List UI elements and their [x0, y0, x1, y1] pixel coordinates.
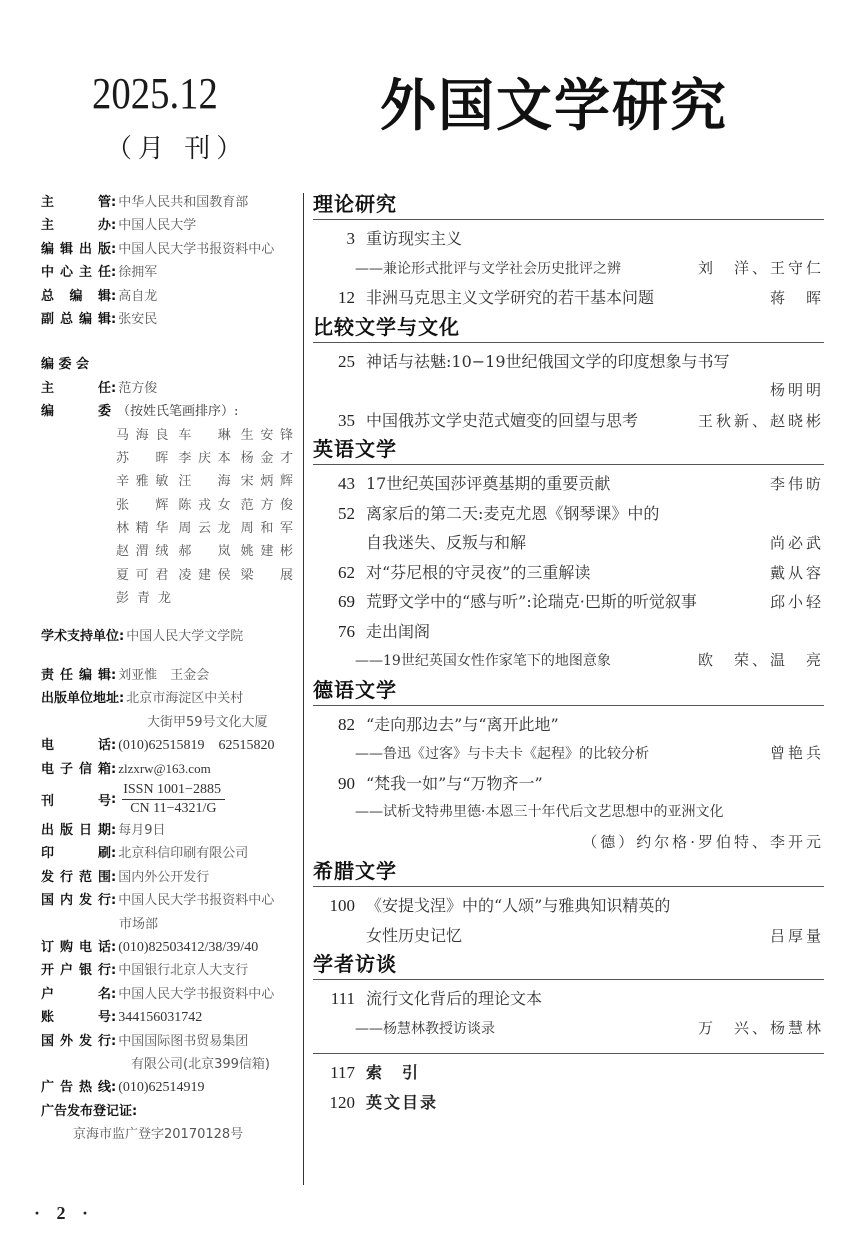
toc-entry[interactable]: 69荒野文学中的“感与听”:论瑞克·巴斯的听觉叙事邱小轻: [313, 587, 824, 617]
board-member-row: 林精华周云龙周和军: [116, 517, 303, 540]
board-member-row: 赵渭绒郝 岚姚建彬: [116, 540, 303, 563]
publisher-address-line2: 大街甲59号文化大厦: [41, 711, 303, 734]
responsible-editors: 责任编辑:刘亚惟 王金会: [41, 664, 303, 687]
section-header-interview: 学者访谈: [313, 950, 824, 980]
toc-entry-subtitle: ——试析戈特弗里德·本恩三十年代后文艺思想中的亚洲文化: [313, 798, 824, 828]
account-number: 账 号:344156031742: [41, 1006, 303, 1029]
issue-date: 2025.12: [92, 68, 218, 119]
academic-support: 学术支持单位:中国人民大学文学院: [41, 625, 303, 648]
issn-cn-fraction: ISSN 1001−2885CN 11−4321/G: [122, 782, 224, 817]
toc-entry-subtitle: ——兼论形式批评与文学社会历史批评之辨刘 洋、王守仁: [313, 254, 824, 284]
order-phone: 订购电话:(010)82503412/38/39/40: [41, 936, 303, 959]
board-members-label: 编 委（按姓氏笔画排序）:: [41, 400, 303, 423]
board-member-row: 苏 晖李庆本杨金才: [116, 447, 303, 470]
toc-entry[interactable]: 62对“芬尼根的守灵夜”的三重解读戴从容: [313, 558, 824, 588]
pub-date: 出版日期:每月9日: [41, 819, 303, 842]
toc-entry[interactable]: 3重访现实主义: [313, 224, 824, 254]
toc-entry-subtitle: ——鲁迅《过客》与卡夫卡《起程》的比较分析曾艳兵: [313, 739, 824, 769]
ad-hotline: 广告热线:(010)62514919: [41, 1076, 303, 1099]
toc-entry-index[interactable]: 117索 引: [313, 1058, 824, 1088]
toc-entry[interactable]: 111流行文化背后的理论文本: [313, 984, 824, 1014]
toc-entry-author: 杨明明: [313, 376, 824, 406]
toc-entry-continuation: 女性历史记忆吕厚量: [313, 921, 824, 951]
account-name: 户 名:中国人民大学书报资料中心: [41, 983, 303, 1006]
domestic-distribution: 国内发行:中国人民大学书报资料中心: [41, 889, 303, 912]
section-header-english: 英语文学: [313, 435, 824, 465]
section-header-german: 德语文学: [313, 676, 824, 706]
publication-frequency: （月 刊）: [106, 128, 248, 165]
colophon-row-deputy-editor: 副总编辑:张安民: [41, 308, 303, 331]
toc-entry[interactable]: 25神话与祛魅:10−19世纪俄国文学的印度想象与书写: [313, 347, 824, 377]
colophon: 主 管:中华人民共和国教育部 主 办:中国人民大学 编辑出版:中国人民大学书报资…: [41, 191, 303, 1146]
board-member-row: 马海良车 琳生安锋: [116, 424, 303, 447]
board-member-row: 张 辉陈戎女范方俊: [116, 494, 303, 517]
overseas-distribution-line2: 有限公司(北京399信箱): [41, 1053, 303, 1076]
end-items: 117索 引 120英文目录: [313, 1053, 824, 1117]
toc-entry[interactable]: 100《安提戈涅》中的“人颂”与雅典知识精英的: [313, 891, 824, 921]
overseas-distribution: 国外发行:中国国际图书贸易集团: [41, 1030, 303, 1053]
journal-title: 外国文学研究: [380, 62, 728, 142]
email: 电子信箱:zlzxrw@163.com: [41, 758, 303, 781]
domestic-distribution-line2: 市场部: [41, 913, 303, 936]
bank: 开户银行:中国银行北京人大支行: [41, 959, 303, 982]
toc-entry[interactable]: 76走出闺阁: [313, 617, 824, 647]
printer: 印 刷:北京科信印刷有限公司: [41, 842, 303, 865]
publisher-address: 出版单位地址:北京市海淀区中关村: [41, 687, 303, 710]
toc-entry[interactable]: 90“梵我一如”与“万物齐一”: [313, 769, 824, 799]
board-member-row: 夏可君凌建侯梁 展: [116, 564, 303, 587]
serial-number: 刊 号:ISSN 1001−2885CN 11−4321/G: [41, 781, 303, 819]
toc-entry[interactable]: 12非洲马克思主义文学研究的若干基本问题蒋 晖: [313, 283, 824, 313]
toc-entry-continuation: 自我迷失、反叛与和解尚必武: [313, 528, 824, 558]
toc-entry-subtitle: ——杨慧林教授访谈录万 兴、杨慧林: [313, 1014, 824, 1044]
section-header-greek: 希腊文学: [313, 857, 824, 887]
colophon-row-director: 中心主任:徐拥军: [41, 261, 303, 284]
ad-license-value: 京海市监广登字20170128号: [41, 1123, 303, 1146]
ad-license-label: 广告发布登记证:: [41, 1100, 303, 1123]
page-number: · 2 ·: [34, 1203, 94, 1224]
table-of-contents: 理论研究 3重访现实主义 ——兼论形式批评与文学社会历史批评之辨刘 洋、王守仁 …: [313, 190, 824, 1117]
toc-entry[interactable]: 35中国俄苏文学史范式嬗变的回望与思考王秋新、赵晓彬: [313, 406, 824, 436]
toc-entry[interactable]: 82“走向那边去”与“离开此地”: [313, 710, 824, 740]
colophon-row-publisher: 编辑出版:中国人民大学书报资料中心: [41, 238, 303, 261]
toc-entry[interactable]: 4317世纪英国莎评奠基期的重要贡献李伟昉: [313, 469, 824, 499]
colophon-row-editor-in-chief: 总 编 辑:高自龙: [41, 285, 303, 308]
distribution-scope: 发行范围:国内外公开发行: [41, 866, 303, 889]
board-member-row: 辛雅敏汪 海宋炳辉: [116, 470, 303, 493]
board-heading: 编 委 会: [41, 353, 303, 376]
toc-entry-subtitle: ——19世纪英国女性作家笔下的地图意象欧 荣、温 亮: [313, 646, 824, 676]
toc-entry[interactable]: 52离家后的第二天:麦克尤恩《钢琴课》中的: [313, 499, 824, 529]
column-divider: [303, 193, 304, 1185]
toc-entry-english-contents[interactable]: 120英文目录: [313, 1088, 824, 1118]
board-members: 马海良车 琳生安锋 苏 晖李庆本杨金才 辛雅敏汪 海宋炳辉 张 辉陈戎女范方俊 …: [41, 424, 303, 611]
board-chair: 主 任:范方俊: [41, 377, 303, 400]
board-member-row: 彭青龙: [116, 587, 303, 610]
section-header-comparative: 比较文学与文化: [313, 313, 824, 343]
toc-entry-author: （德）约尔格·罗伯特、李开元: [313, 828, 824, 858]
phone: 电 话:(010)62515819 62515820: [41, 734, 303, 757]
colophon-row-sponsor: 主 办:中国人民大学: [41, 214, 303, 237]
section-header-theory: 理论研究: [313, 190, 824, 220]
colophon-row-supervisor: 主 管:中华人民共和国教育部: [41, 191, 303, 214]
